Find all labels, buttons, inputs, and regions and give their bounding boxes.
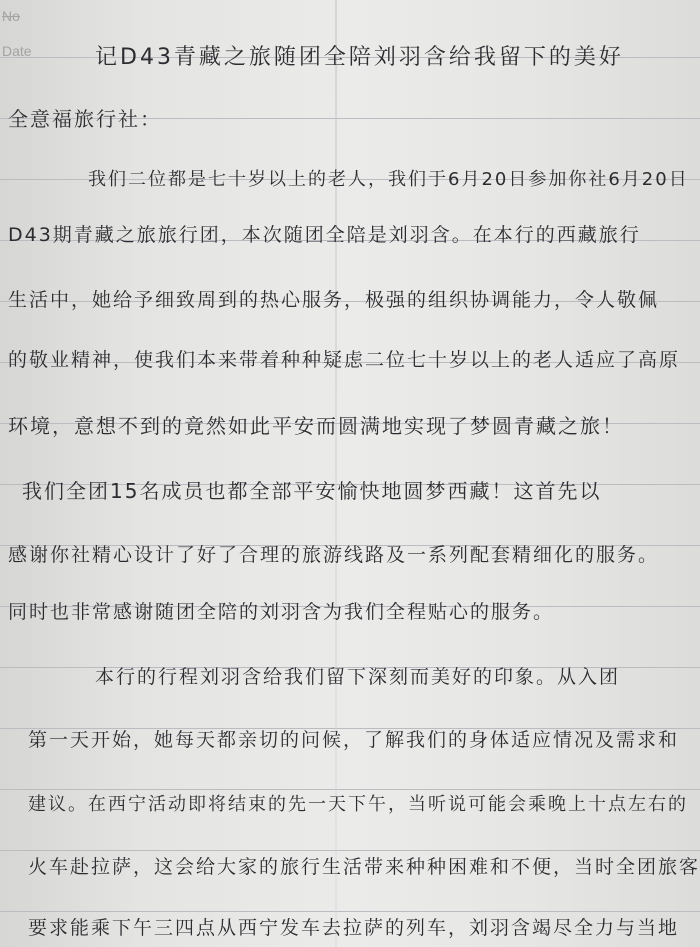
no-label: No <box>2 8 20 24</box>
letter-line: 生活中，她给予细致周到的热心服务，极强的组织协调能力，令人敬佩 <box>8 285 700 312</box>
letter-line: 感谢你社精心设计了好了合理的旅游线路及一系列配套精细化的服务。 <box>8 540 700 567</box>
letter-line: 我们二位都是七十岁以上的老人，我们于6月20日参加你社6月20日 <box>88 165 700 191</box>
letter-line: 环境，意想不到的竟然如此平安而圆满地实现了梦圆青藏之旅！ <box>8 410 700 439</box>
letter-line: D43期青藏之旅旅行团，本次随团全陪是刘羽含。在本行的西藏旅行 <box>8 220 700 247</box>
letter-line: 建议。在西宁活动即将结束的先一天下午，当听说可能会乘晚上十点左右的 <box>28 790 700 816</box>
letter-salutation: 全意福旅行社： <box>8 103 700 132</box>
letter-line: 本行的行程刘羽含给我们留下深刻而美好的印象。从入团 <box>95 662 700 689</box>
letter-line: 火车赴拉萨，这会给大家的旅行生活带来种种困难和不便，当时全团旅客 <box>28 852 700 879</box>
letter-line: 要求能乘下午三四点从西宁发车去拉萨的列车，刘羽含竭尽全力与当地 <box>28 913 700 940</box>
letter-line: 同时也非常感谢随团全陪的刘羽含为我们全程贴心的服务。 <box>8 597 700 624</box>
letter-line: 我们全团15名成员也都全部平安愉快地圆梦西藏！这首先以 <box>22 475 700 504</box>
date-label: Date <box>2 43 32 59</box>
letter-title: 记D43青藏之旅随团全陪刘羽含给我留下的美好 <box>95 40 700 71</box>
letter-line: 的敬业精神，使我们本来带着种种疑虑二位七十岁以上的老人适应了高原 <box>8 345 700 372</box>
letter-line: 第一天开始，她每天都亲切的问候，了解我们的身体适应情况及需求和 <box>28 725 700 752</box>
